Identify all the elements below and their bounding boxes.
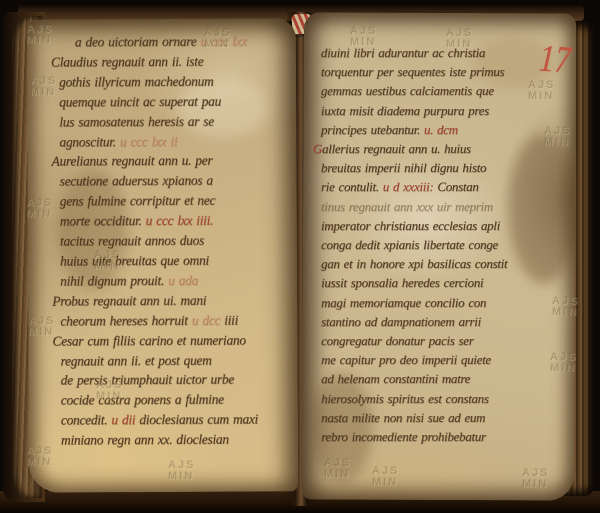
manuscript-line: magi memoriamque concilio con [321, 293, 573, 312]
manuscript-line: regnauit ann ii. et post quem [60, 350, 298, 371]
library-watermark: AJS MIN [552, 296, 579, 318]
manuscript-line: Gallerius regnauit ann u. huius [313, 139, 573, 158]
manuscript-line: quemque uincit ac superat pau [59, 91, 297, 112]
manuscript-line: stantino ad dampnationem arrii [321, 312, 573, 331]
manuscript-line: Claudius regnauit ann ii. iste [51, 51, 297, 72]
left-page-text: a deo uictoriam ornare u ccc lxxClaudius… [59, 31, 299, 450]
manuscript-line: gens fulmine corripitur et nec [60, 191, 298, 212]
manuscript-line: secutione aduersus xpianos a [60, 171, 298, 192]
manuscript-line: Cesar cum filiis carino et numeriano [52, 330, 298, 351]
manuscript-line: miniano regn ann xx. dioclesian [61, 429, 299, 450]
manuscript-line: agnoscitur. u ccc lxx ii [59, 131, 297, 152]
manuscript-line: nihil dignum prouit. u ada [60, 270, 298, 291]
manuscript-line: principes utebantur. u. dcm [321, 120, 573, 139]
library-watermark: AJS MIN [528, 80, 555, 102]
library-watermark: AJS MIN [522, 468, 549, 490]
library-watermark: AJS MIN [96, 380, 123, 402]
manuscript-photo: a deo uictoriam ornare u ccc lxxClaudius… [0, 0, 600, 513]
manuscript-line: Aurelianus regnauit ann u. per [51, 151, 297, 172]
manuscript-line: concedit. u dii dioclesianus cum maxi [61, 410, 299, 431]
manuscript-line: congregatur donatur pacis ser [321, 331, 573, 350]
library-watermark: AJS MIN [446, 28, 473, 50]
library-watermark: AJS MIN [26, 198, 53, 220]
left-page: a deo uictoriam ornare u ccc lxxClaudius… [27, 18, 298, 492]
manuscript-line: tinus regnauit ann xxx uir meprim [321, 197, 573, 216]
manuscript-line: a deo uictoriam ornare u ccc lxx [59, 31, 297, 52]
manuscript-line: nasta milite non nisi sue ad eum [321, 408, 573, 427]
library-watermark: AJS MIN [544, 126, 571, 148]
library-watermark: AJS MIN [26, 24, 53, 46]
manuscript-line: me capitur pro deo imperii quiete [321, 350, 573, 369]
library-watermark: AJS MIN [204, 28, 231, 50]
manuscript-line: breuitas imperii nihil dignu histo [321, 158, 573, 177]
right-page-text: diuini libri adurantur ac christiatorque… [321, 43, 573, 446]
library-watermark: AJS MIN [94, 250, 121, 272]
manuscript-line: rebro incomediente prohibebatur [321, 427, 573, 446]
manuscript-line: rie contulit. u d xxxiii: Constan [321, 177, 573, 196]
manuscript-line: cheorum hereses horruit u dcc iiii [60, 310, 298, 331]
library-watermark: AJS MIN [28, 316, 55, 338]
library-watermark: AJS MIN [168, 460, 195, 482]
manuscript-line: ad helenam constantini matre [321, 369, 573, 388]
manuscript-line: morte occiditur. u ccc lxx iiii. [60, 210, 298, 231]
manuscript-line: iuxta misit diadema purpura pres [321, 101, 573, 120]
library-watermark: AJS MIN [30, 76, 57, 98]
library-watermark: AJS MIN [26, 446, 53, 468]
manuscript-line: gothis illyricum machedonum [59, 71, 297, 92]
manuscript-line: lus samosatenus heresis ar se [59, 111, 297, 132]
manuscript-line: iussit sponsalia heredes cercioni [321, 273, 573, 292]
manuscript-line: hierosolymis spiritus est constans [321, 389, 573, 408]
manuscript-line: conga dedit xpianis libertate conge [321, 235, 573, 254]
manuscript-line: gan et in honore xpi basilicas constit [321, 254, 573, 273]
library-watermark: AJS MIN [324, 458, 351, 480]
manuscript-line: Probus regnauit ann ui. mani [52, 290, 298, 311]
manuscript-line: imperator christianus ecclesias apli [321, 216, 573, 235]
library-watermark: AJS MIN [350, 26, 377, 48]
library-watermark: AJS MIN [550, 352, 577, 374]
library-watermark: AJS MIN [372, 466, 399, 488]
